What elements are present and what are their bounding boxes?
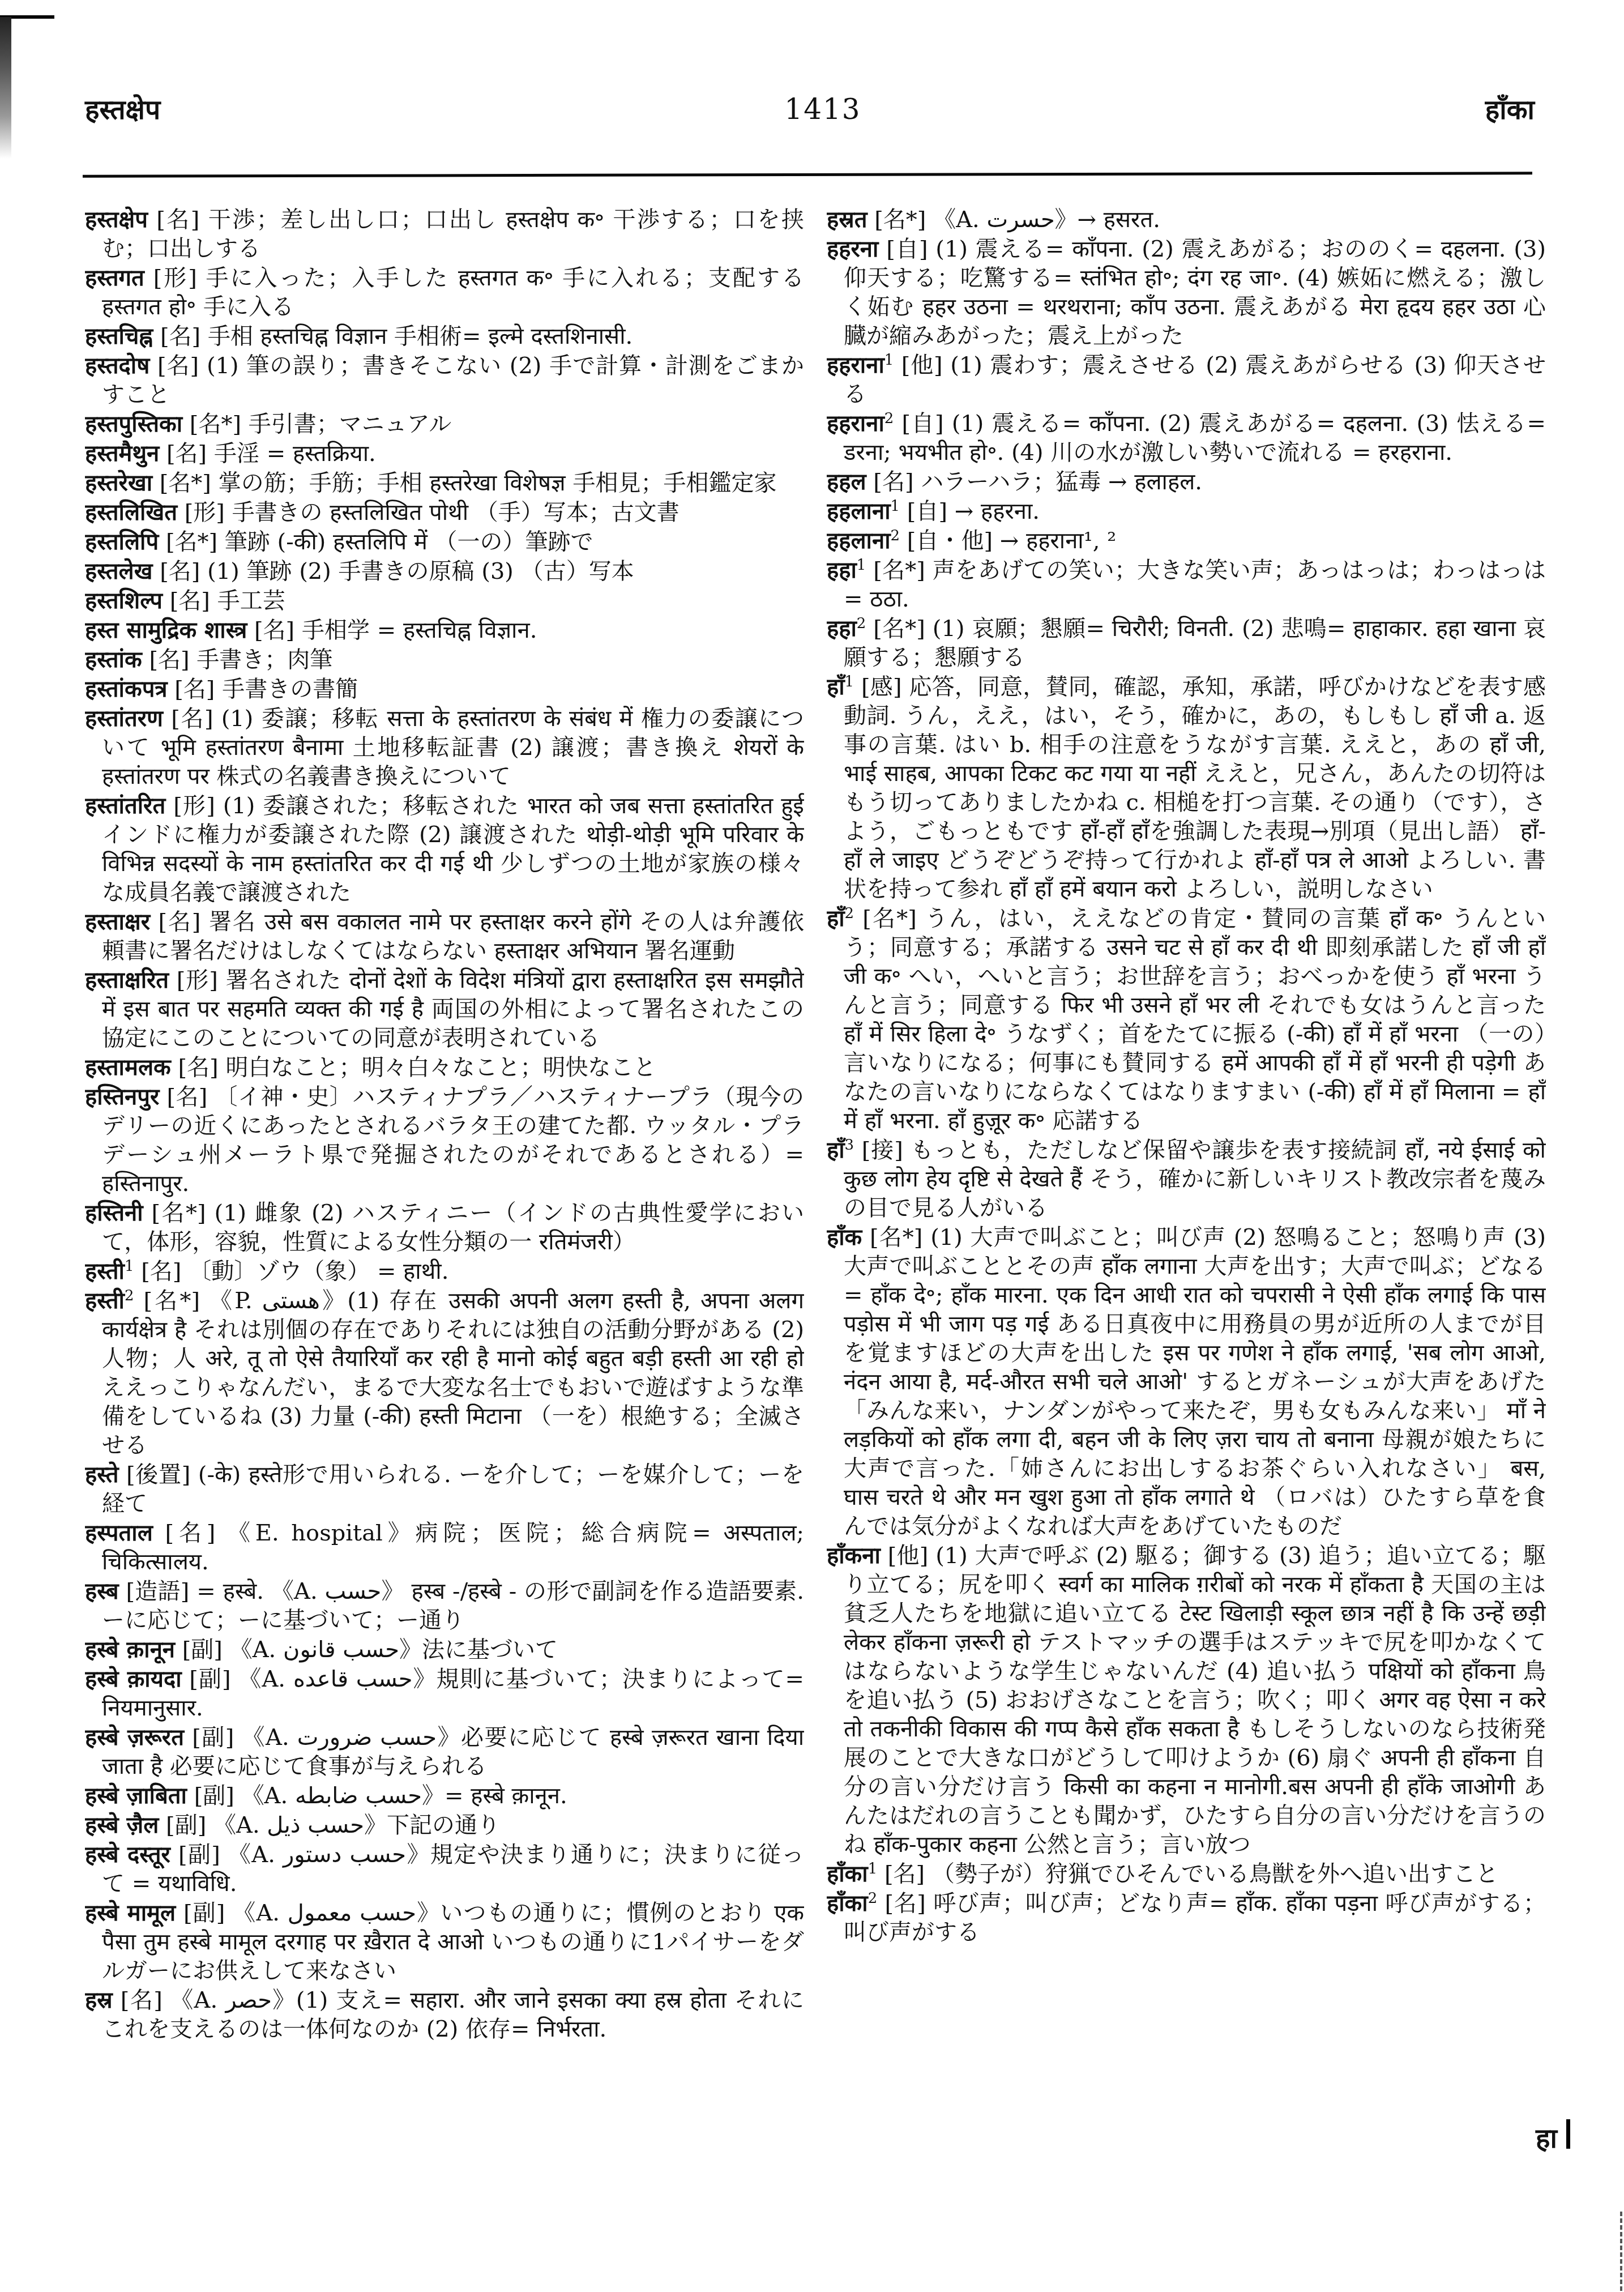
homograph-number: 2	[857, 615, 866, 632]
entry-headword: हहा	[827, 615, 857, 642]
entry-body: (1) 大声で呼ぶ (2) 駆る；御する (3) 追う；追い立てる；駆り立てる；…	[844, 1543, 1546, 1858]
entry-body: 《A. حسب قانون》法に基づいて	[230, 1637, 558, 1663]
dictionary-entry: हस्तरेखा [名*] 掌の筋；手筋；手相 हस्तरेखा विशेषज्…	[85, 468, 804, 498]
entry-pos-tag: [名]	[160, 558, 200, 584]
entry-body: (1) 大声で叫ぶこと；叫び声 (2) 怒鳴ること；怒鳴り声 (3) 大声で叫ぶ…	[844, 1224, 1546, 1539]
entry-pos-tag: [副]	[178, 1842, 220, 1868]
entry-pos-tag: [造語]	[126, 1578, 190, 1604]
entry-pos-tag: [自]	[907, 498, 947, 524]
entry-pos-tag: [名]	[165, 1520, 215, 1546]
dictionary-entry: हहा1 [名*] 声をあげての笑い；大きな笑い声；あっはっは；わっはっは= ठ…	[827, 556, 1546, 614]
entry-pos-tag: [名]	[873, 469, 913, 495]
entry-headword: हहलाना	[827, 498, 891, 524]
entry-body: 手相 हस्तचिह्न विज्ञान 手相術= इल्मे दस्तशिना…	[208, 323, 632, 349]
catchword-rule	[1566, 2119, 1570, 2149]
entry-body: 手書きの हस्तलिखित पोथी （手）写本；古文書	[232, 500, 679, 526]
entry-pos-tag: [名]	[156, 207, 199, 233]
entry-body: 《A. حسب ضابطه》= हस्बे क़ानून.	[242, 1783, 567, 1809]
entry-body: 《A. حسب ذیل》下記の通り	[213, 1812, 500, 1838]
dictionary-page: हस्तक्षेप 1413 हाँका हस्तक्षेप [名] 干渉；差し…	[0, 0, 1624, 2292]
entry-pos-tag: [名]	[170, 588, 210, 614]
dictionary-entry: हस्तगत [形] 手に入った；入手した हस्तगत क॰ 手に入れる；支配…	[85, 263, 804, 322]
entry-pos-tag: [他]	[888, 1543, 929, 1569]
homograph-number: 1	[857, 557, 866, 574]
entry-headword: हस्तचिह्न	[85, 323, 153, 349]
scan-artifact-left-smudge	[0, 17, 11, 159]
entry-body: (1) 震える= काँपना. (2) 震えあがる；おののく= दहलना. …	[844, 236, 1546, 349]
dictionary-entry: हस्तलिखित [形] 手書きの हस्तलिखित पोथी （手）写本；…	[85, 498, 804, 527]
dictionary-entry: हस्तमैथुन [名] 手淫 = हस्तक्रिया.	[85, 439, 804, 468]
entry-headword: हस्तामलक	[85, 1054, 171, 1081]
entry-pos-tag: [名*]	[143, 1288, 200, 1314]
entry-pos-tag: [自]	[886, 236, 928, 262]
entry-headword: हहल	[827, 468, 866, 495]
dictionary-entry: हहराना1 [他] (1) 震わす；震えさせる (2) 震えあがらせる (3…	[827, 351, 1546, 409]
guide-word-left: हस्तक्षेप	[85, 91, 160, 127]
entry-pos-tag: [名]	[141, 1258, 181, 1284]
entry-body: 署名 उसे बस वकालत नामे पर हस्ताक्षर करने ह…	[102, 909, 804, 964]
entry-body: 呼び声；叫び声；どなり声= हाँक. हाँका पड़ना 呼び声がする；叫…	[844, 1890, 1546, 1945]
entry-body: → हहरना.	[955, 498, 1040, 524]
dictionary-entry: हस्ते [後置] (-के) हस्ते形で用いられる. ーを介して；ーを媒…	[85, 1460, 804, 1518]
entry-body: (1) 震わす；震えさせる (2) 震えあがらせる (3) 仰天させる	[844, 352, 1546, 407]
entry-body: 手に入った；入手した हस्तगत क॰ 手に入れる；支配する हस्तगत ह…	[102, 265, 804, 320]
entry-headword: हहरना	[827, 236, 878, 262]
entry-headword: हस्तांतरित	[85, 792, 165, 819]
dictionary-entry: हस्पताल [名] 《E. hospital》病院；医院；総合病院= अस्…	[85, 1518, 804, 1577]
entry-pos-tag: [名*]	[166, 529, 217, 555]
entry-body: (1) 哀願；懇願= चिरौरी; विनती. (2) 悲鳴= हाहाका…	[844, 616, 1546, 671]
entry-pos-tag: [感]	[861, 674, 902, 700]
entry-headword: हस्रत	[827, 206, 867, 233]
dictionary-entry: हाँका2 [名] 呼び声；叫び声；どなり声= हाँक. हाँका पड़…	[827, 1889, 1546, 1947]
entry-headword: हस्तशिल्प	[85, 587, 163, 614]
dictionary-entry: हाँका1 [名] （勢子が）狩猟でひそんでいる鳥獣を外へ追い出すこと	[827, 1859, 1546, 1889]
dictionary-entry: हस्बे क़ानून [副] 《A. حسب قانون》法に基づいて	[85, 1635, 804, 1664]
entry-headword: हस्तलिखित	[85, 499, 177, 526]
entry-body: 手相学 = हस्तचिह्न विज्ञान.	[302, 617, 537, 643]
entry-pos-tag: [名]	[160, 323, 200, 349]
entry-headword: हस्पताल	[85, 1520, 153, 1546]
entry-body: 手淫 = हस्तक्रिया.	[214, 441, 376, 467]
entry-headword: हाँका	[827, 1890, 868, 1917]
entry-headword: हस्र	[85, 1987, 113, 2013]
entry-pos-tag: [名]	[159, 909, 201, 935]
entry-headword: हाँ	[827, 673, 845, 700]
dictionary-entry: हस्तलिपि [名*] 筆跡 (-की) हस्तलिपि में （一の）…	[85, 527, 804, 557]
dictionary-entry: हस्बे क़ायदा [副] 《A. حسب قاعده》規則に基づいて；決…	[85, 1664, 804, 1723]
entry-body: 《A. حسرت》→ हसरत.	[933, 207, 1160, 233]
entry-pos-tag: [副]	[166, 1812, 206, 1838]
entry-pos-tag: [副]	[189, 1666, 230, 1692]
entry-headword: हस्ती	[85, 1287, 125, 1314]
entry-body: 手書きの書簡	[222, 676, 358, 702]
homograph-number: 3	[845, 1137, 854, 1154]
entry-pos-tag: [名]	[174, 676, 215, 702]
entry-pos-tag: [名*]	[870, 1224, 922, 1250]
homograph-number: 2	[125, 1287, 134, 1304]
dictionary-entry: हस्ती1 [名] 〔動〕ゾウ（象） = हाथी.	[85, 1257, 804, 1286]
entry-pos-tag: [名*]	[873, 616, 925, 642]
entry-body: = हस्बे. 《A. حسب》 हस्ब -/हस्बे - の形で副詞を作…	[102, 1578, 804, 1633]
entry-headword: हस्त सामुद्रिक शास्त्र	[85, 617, 247, 643]
entry-pos-tag: [名]	[254, 617, 294, 643]
dictionary-entry: हहा2 [名*] (1) 哀願；懇願= चिरौरी; विनती. (2) …	[827, 614, 1546, 672]
entry-body: 《A. حصر》(1) 支え= सहारा. और जाने इसका क्या…	[102, 1987, 804, 2042]
dictionary-entry: हस्तिनी [名*] (1) 雌象 (2) ハスティニー（インドの古典性愛学…	[85, 1198, 804, 1257]
dictionary-entry: हस्तपुस्तिका [名*] 手引書；マニュアル	[85, 409, 804, 439]
dictionary-entry: हस्तदोष [名] (1) 筆の誤り；書きそこない (2) 手で計算・計測を…	[85, 351, 804, 409]
scan-artifact-right-edge	[1620, 2212, 1622, 2291]
entry-pos-tag: [名*]	[862, 906, 917, 932]
entry-pos-tag: [副]	[192, 1725, 234, 1751]
dictionary-entry: हस्तशिल्प [名] 手工芸	[85, 586, 804, 616]
entry-pos-tag: [名]	[166, 1084, 207, 1110]
page-number: 1413	[784, 93, 861, 126]
guide-word-right: हाँका	[1485, 91, 1535, 127]
dictionary-entry: हस्तांतरित [形] (1) 委譲された；移転された भारत को ज…	[85, 791, 804, 907]
dictionary-entry: हस्तक्षेप [名] 干渉；差し出し口；口出し हस्तक्षेप क॰ …	[85, 205, 804, 263]
entry-pos-tag: [名]	[171, 706, 213, 732]
entry-headword: हाँकना	[827, 1542, 881, 1569]
entry-headword: हस्बे मामूल	[85, 1900, 176, 1926]
entry-pos-tag: [名*]	[873, 557, 925, 583]
entry-headword: हस्तरेखा	[85, 470, 152, 496]
dictionary-entry: हस्तामलक [名] 明白なこと；明々白々なこと；明快なこと	[85, 1053, 804, 1082]
dictionary-entry: हस्बे दस्तूर [副] 《A. حسب دستور》規定や決まり通りに…	[85, 1840, 804, 1898]
entry-pos-tag: [名*]	[152, 1200, 206, 1226]
dictionary-entry: हस्तलेख [名] (1) 筆跡 (2) 手書きの原稿 (3) （古）写本	[85, 557, 804, 586]
dictionary-entry: हाँ3 [接] もっとも，ただしなど保留や譲歩を表す接続詞 हाँ, नये …	[827, 1136, 1546, 1223]
dictionary-entry: हस्तचिह्न [名] 手相 हस्तचिह्न विज्ञान 手相術= …	[85, 322, 804, 351]
dictionary-entry: हहल [名] ハラーハラ；猛毒 → हलाहल.	[827, 467, 1546, 497]
entry-headword: हस्ताक्षर	[85, 908, 150, 935]
entry-pos-tag: [形]	[177, 967, 218, 993]
dictionary-entry: हस्तिनपुर [名] 〔イ神・史〕ハスティナプラ／ハスティナープラ（現今の…	[85, 1082, 804, 1198]
homograph-number: 1	[125, 1258, 134, 1275]
entry-pos-tag: [名]	[166, 441, 207, 467]
entry-headword: हस्तिनपुर	[85, 1083, 159, 1110]
entry-pos-tag: [名*]	[160, 470, 211, 496]
page-header: हस्तक्षेप 1413 हाँका	[85, 91, 1535, 127]
entry-headword: हस्तदोष	[85, 352, 149, 379]
homograph-number: 2	[845, 905, 854, 922]
homograph-number: 2	[891, 527, 900, 544]
entry-pos-tag: [副]	[194, 1783, 234, 1809]
entry-headword: हस्तलेख	[85, 558, 152, 584]
entry-pos-tag: [名]	[885, 1890, 926, 1917]
dictionary-entry: हहलाना1 [自] → हहरना.	[827, 497, 1546, 526]
entry-headword: हस्तिनी	[85, 1200, 143, 1226]
entry-pos-tag: [形]	[185, 500, 225, 526]
entry-body: (1) 筆跡 (2) 手書きの原稿 (3) （古）写本	[207, 558, 634, 584]
entry-headword: हस्बे क़ानून	[85, 1636, 175, 1663]
entry-body: （勢子が）狩猟でひそんでいる鳥獣を外へ追い出すこと	[932, 1861, 1498, 1887]
entry-headword: हाँक	[827, 1224, 862, 1250]
entry-pos-tag: [名]	[178, 1055, 218, 1081]
dictionary-entry: हहलाना2 [自・他] → हहराना¹, ²	[827, 526, 1546, 556]
homograph-number: 1	[845, 673, 854, 690]
dictionary-entry: हाँ2 [名*] うん，はい，ええなどの肯定・賛同の言葉 हाँ क॰ うんと…	[827, 904, 1546, 1136]
entry-headword: हस्बे ज़ैल	[85, 1812, 159, 1838]
dictionary-entry: हस्बे मामूल [副] 《A. حسب معمول》いつもの通りに；慣例…	[85, 1898, 804, 1986]
entry-body: 明白なこと；明々白々なこと；明快なこと	[225, 1055, 656, 1081]
entry-body: → हहराना¹, ²	[1000, 528, 1117, 554]
catchword: हा	[1536, 2119, 1570, 2156]
entry-pos-tag: [形]	[153, 265, 197, 291]
entry-headword: हस्बे दस्तूर	[85, 1841, 170, 1868]
dictionary-entry: हस्बे ज़रूरत [副] 《A. حسب ضرورت》必要に応じて हस…	[85, 1723, 804, 1781]
entry-headword: हस्बे ज़रूरत	[85, 1724, 184, 1751]
dictionary-entry: हस्ती2 [名*] 《P. هستی》(1) 存在 उसकी अपनी अल…	[85, 1286, 804, 1460]
entry-headword: हस्ताक्षरित	[85, 967, 169, 993]
entry-body: うん，はい，ええなどの肯定・賛同の言葉 हाँ क॰ うんという；同意する；承諾…	[844, 906, 1546, 1134]
entry-headword: हस्तक्षेप	[85, 206, 148, 233]
entry-headword: हहलाना	[827, 527, 891, 554]
entry-body: (1) 震える= काँपना. (2) 震えあがる= दहलना. (3) 怯…	[844, 411, 1546, 466]
homograph-number: 2	[868, 1890, 878, 1907]
entry-pos-tag: [名*]	[190, 411, 241, 437]
dictionary-entry: हस्तांकपत्र [名] 手書きの書簡	[85, 675, 804, 704]
dictionary-entry: हस्बे ज़ाबिता [副] 《A. حسب ضابطه》= हस्बे …	[85, 1781, 804, 1811]
entry-headword: हस्तमैथुन	[85, 440, 159, 467]
entry-headword: हस्ती	[85, 1258, 125, 1284]
header-rule	[83, 172, 1532, 177]
entry-pos-tag: [自・他]	[907, 528, 993, 554]
entry-pos-tag: [名]	[121, 1987, 163, 2013]
entry-headword: हस्ब	[85, 1578, 119, 1604]
catchword-text: हा	[1536, 2119, 1557, 2156]
entry-pos-tag: [自]	[901, 411, 943, 437]
entry-headword: हस्बे ज़ाबिता	[85, 1782, 187, 1809]
left-column: हस्तक्षेप [名] 干渉；差し出し口；口出し हस्तक्षेप क॰ …	[85, 205, 804, 2221]
entry-body: (1) 筆の誤り；書きそこない (2) 手で計算・計測をごまかすこと	[102, 353, 804, 408]
entry-body: (1) 雌象 (2) ハスティニー（インドの古典性愛学において，体形，容貌，性質…	[102, 1200, 804, 1255]
dictionary-entry: हाँक [名*] (1) 大声で叫ぶこと；叫び声 (2) 怒鳴ること；怒鳴り声…	[827, 1223, 1546, 1541]
dictionary-entry: हाँकना [他] (1) 大声で呼ぶ (2) 駆る；御する (3) 追う；追…	[827, 1541, 1546, 1859]
dictionary-entry: हहराना2 [自] (1) 震える= काँपना. (2) 震えあがる= …	[827, 409, 1546, 467]
dictionary-entry: हस्ताक्षर [名] 署名 उसे बस वकालत नामे पर हस…	[85, 907, 804, 966]
entry-body: 応答，同意，賛同，確認，承知，承諾，呼びかけなどを表す感動詞. うん，ええ，はい…	[844, 674, 1546, 902]
entry-body: 手書き；肉筆	[196, 647, 332, 673]
dictionary-entry: हस्त सामुद्रिक शास्त्र [名] 手相学 = हस्तचिह…	[85, 616, 804, 645]
entry-pos-tag: [接]	[862, 1137, 903, 1163]
entry-body: 〔動〕ゾウ（象） = हाथी.	[189, 1258, 448, 1284]
dictionary-entry: हहरना [自] (1) 震える= काँपना. (2) 震えあがる；おのの…	[827, 234, 1546, 351]
entry-pos-tag: [名]	[157, 353, 199, 379]
entry-headword: हस्तपुस्तिका	[85, 411, 182, 437]
entry-pos-tag: [副]	[182, 1637, 223, 1663]
entry-headword: हाँ	[827, 905, 845, 932]
entry-body: 筆跡 (-की) हस्तलिपि में （一の）筆跡で	[225, 529, 593, 555]
entry-body: (-के) हस्ते形で用いられる. ーを介して；ーを媒介して；ーを経て	[102, 1462, 804, 1517]
dictionary-entry: हाँ1 [感] 応答，同意，賛同，確認，承知，承諾，呼びかけなどを表す感動詞.…	[827, 672, 1546, 904]
entry-headword: हस्तगत	[85, 264, 144, 291]
entry-body: 手引書；マニュアル	[249, 411, 451, 437]
entry-body: もっとも，ただしなど保留や譲歩を表す接続詞 हाँ, नये ईसाई को क…	[844, 1137, 1546, 1221]
entry-pos-tag: [名*]	[874, 207, 926, 233]
dictionary-entry: हस्बे ज़ैल [副] 《A. حسب ذیل》下記の通り	[85, 1811, 804, 1840]
entry-headword: हहराना	[827, 410, 884, 437]
homograph-number: 2	[884, 410, 894, 427]
dictionary-entry: हस्रत [名*] 《A. حسرت》→ हसरत.	[827, 205, 1546, 234]
dictionary-entry: हस्ब [造語] = हस्बे. 《A. حسب》 हस्ब -/हस्बे…	[85, 1577, 804, 1635]
homograph-number: 1	[884, 352, 894, 369]
dictionary-entry: हस्ताक्षरित [形] 署名された दोनों देशों के विद…	[85, 966, 804, 1053]
dictionary-entry: हस्र [名] 《A. حصر》(1) 支え= सहारा. और जाने …	[85, 1986, 804, 2044]
entry-body: 干渉；差し出し口；口出し हस्तक्षेप क॰ 干渉する；口を挟む；口出しす…	[102, 207, 804, 262]
entry-body: ハラーハラ；猛毒 → हलाहल.	[921, 469, 1202, 495]
entry-headword: हहा	[827, 557, 857, 583]
entry-body: 〔イ神・史〕ハスティナプラ／ハスティナープラ（現今のデリーの近くにあったとされる…	[102, 1084, 804, 1197]
entry-headword: हस्तांक	[85, 646, 142, 673]
entry-pos-tag: [副]	[183, 1900, 225, 1926]
dictionary-body: हस्तक्षेप [名] 干渉；差し出し口；口出し हस्तक्षेप क॰ …	[85, 205, 1546, 2221]
entry-headword: हस्ते	[85, 1461, 119, 1488]
entry-body: 《P. هستی》(1) 存在 उसकी अपनी अलग हस्ती है, …	[102, 1288, 804, 1458]
dictionary-entry: हस्तांतरण [名] (1) 委譲；移転 सत्ता के हस्तांत…	[85, 704, 804, 791]
entry-headword: हस्तलिपि	[85, 528, 159, 555]
entry-pos-tag: [他]	[901, 352, 943, 378]
homograph-number: 1	[891, 498, 900, 515]
entry-headword: हस्बे क़ायदा	[85, 1666, 182, 1692]
entry-pos-tag: [後置]	[126, 1462, 190, 1488]
entry-pos-tag: [形]	[173, 793, 215, 819]
entry-headword: हाँका	[827, 1860, 868, 1887]
right-column: हस्रत [名*] 《A. حسرت》→ हसरत.हहरना [自] (1)…	[827, 205, 1546, 2221]
entry-headword: हहराना	[827, 352, 884, 378]
entry-pos-tag: [名]	[149, 647, 189, 673]
entry-headword: हस्तांकपत्र	[85, 676, 167, 702]
dictionary-entry: हस्तांक [名] 手書き；肉筆	[85, 645, 804, 675]
homograph-number: 1	[868, 1860, 878, 1877]
entry-headword: हाँ	[827, 1137, 845, 1163]
entry-pos-tag: [名]	[884, 1861, 925, 1887]
entry-body: 声をあげての笑い；大きな笑い声；あっはっは；わっはっは= ठठा.	[844, 557, 1546, 612]
entry-body: 手工芸	[217, 588, 285, 614]
entry-body: 掌の筋；手筋；手相 हस्तरेखा विशेषज्ञ 手相見；手相鑑定家	[219, 470, 777, 496]
entry-headword: हस्तांतरण	[85, 705, 163, 732]
